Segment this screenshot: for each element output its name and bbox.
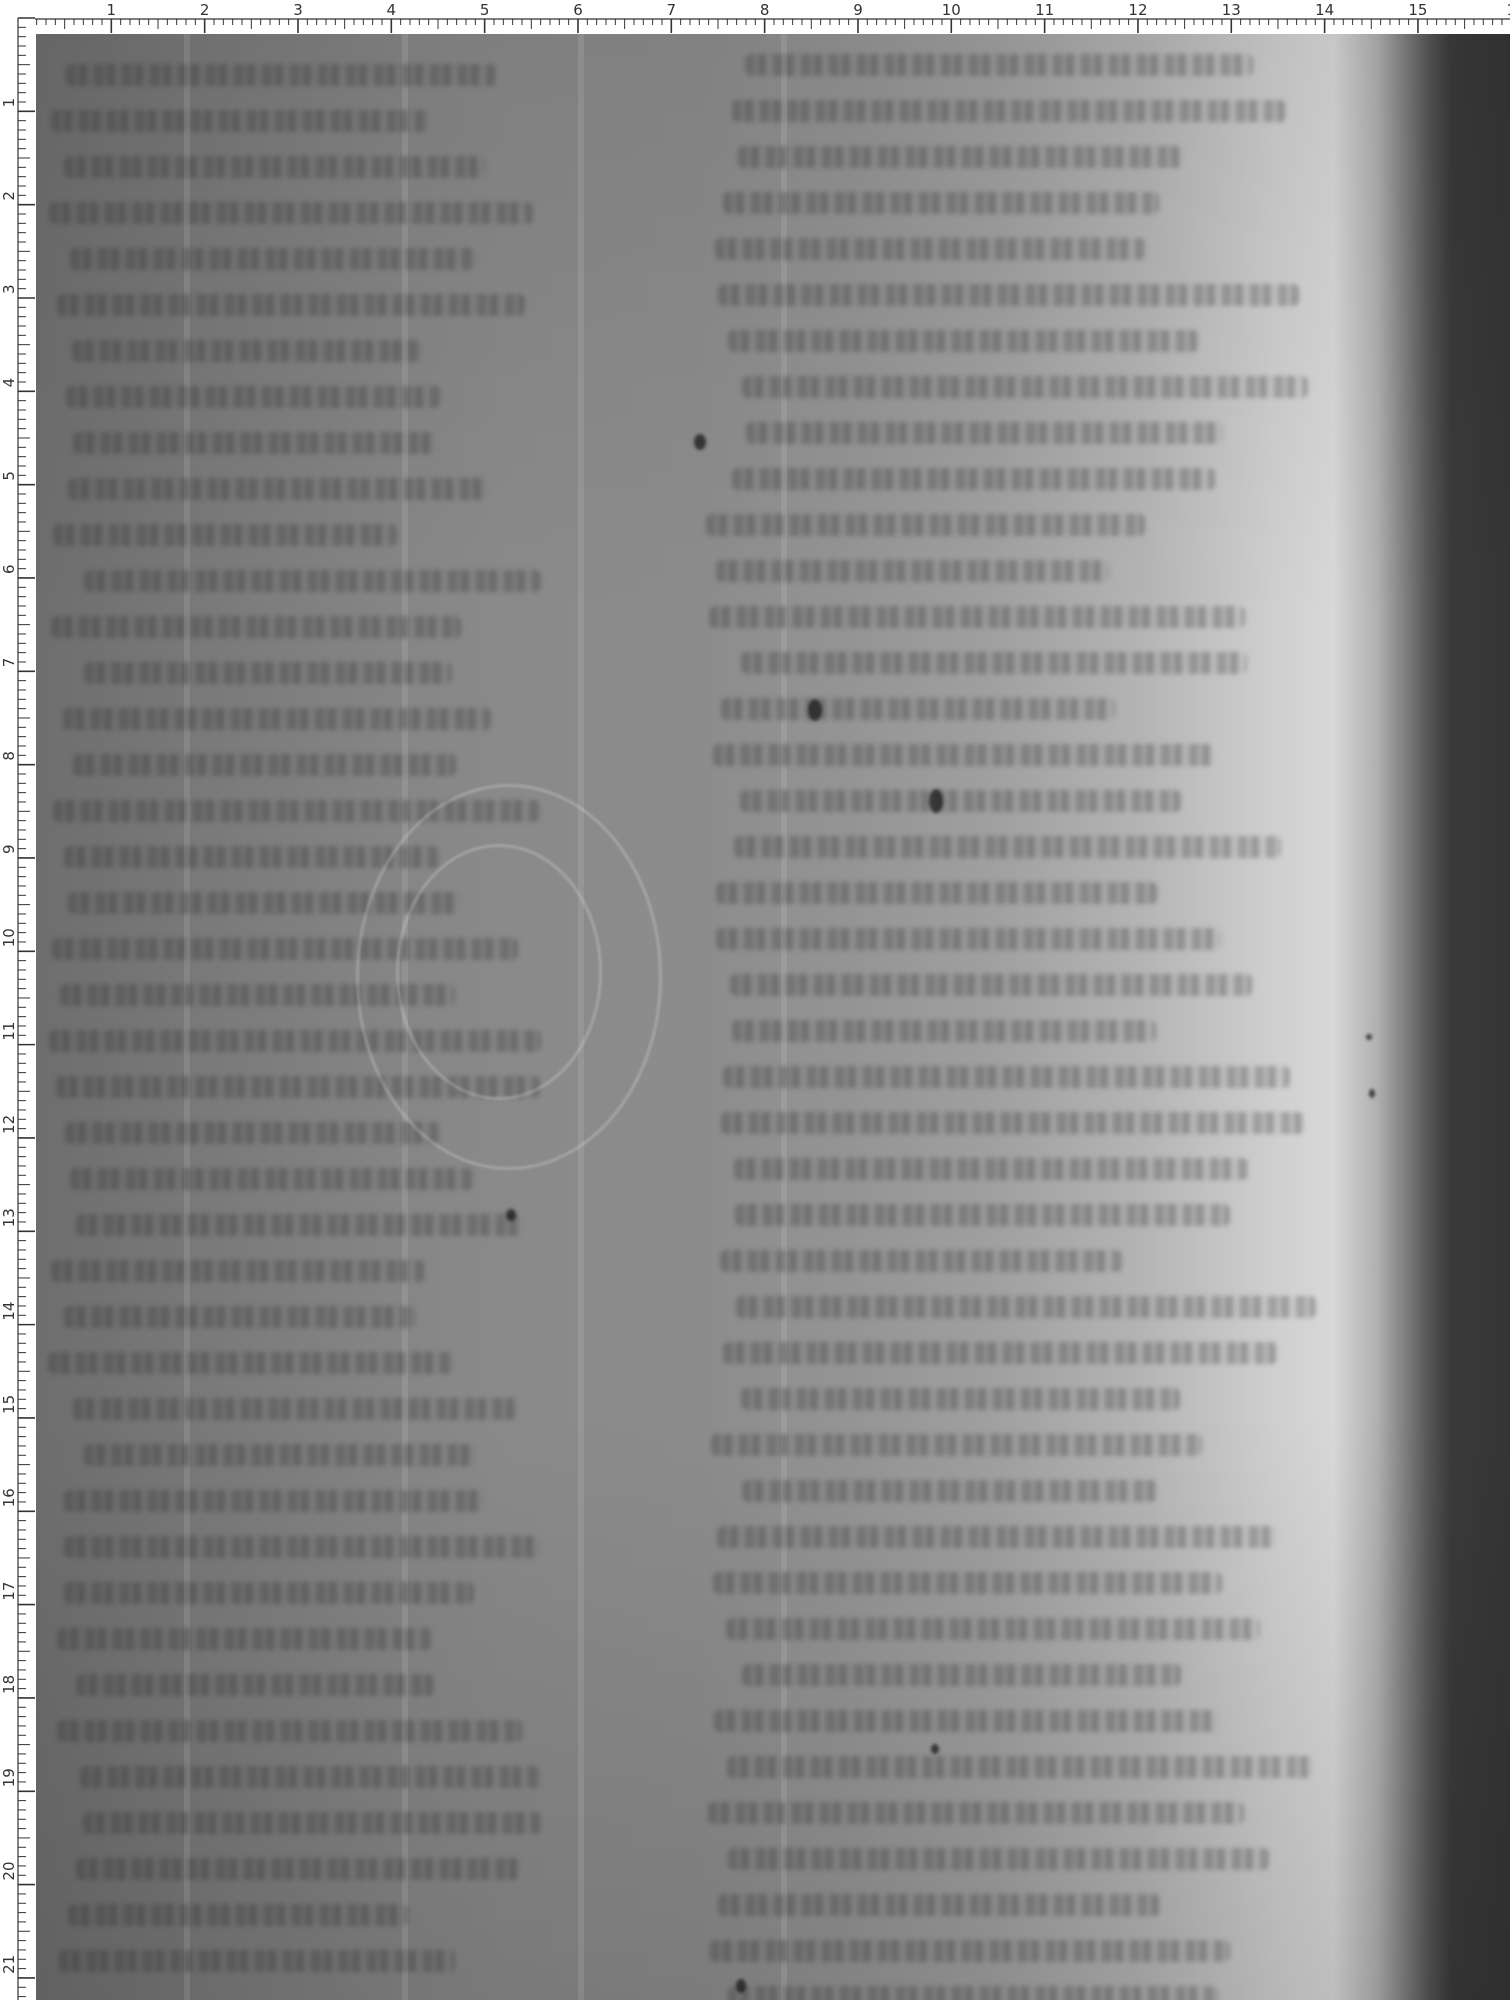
illegible-text-line xyxy=(73,432,436,454)
illegible-text-line xyxy=(746,422,1223,444)
ruler-label: 2 xyxy=(0,191,18,201)
illegible-text-line xyxy=(708,1802,1243,1824)
illegible-text-line xyxy=(714,1710,1219,1732)
ruler-label: 10 xyxy=(0,928,18,947)
illegible-text-line xyxy=(711,1434,1202,1456)
illegible-text-line xyxy=(742,1664,1182,1686)
illegible-text-line xyxy=(715,238,1145,260)
ruler-label: 4 xyxy=(387,1,397,19)
ruler-label: 3 xyxy=(293,1,303,19)
ruler-label: 9 xyxy=(853,1,863,19)
illegible-text-line xyxy=(716,560,1109,582)
ruler-label: 8 xyxy=(760,1,770,19)
illegible-text-line xyxy=(51,1260,425,1282)
ruler-label: 3 xyxy=(0,284,18,294)
illegible-text-line xyxy=(728,1986,1218,2000)
ruler-label: 11 xyxy=(0,1022,18,1041)
ruler-label: 2 xyxy=(200,1,210,19)
illegible-text-line xyxy=(83,1812,541,1834)
ruler-label: 16 xyxy=(0,1488,18,1507)
illegible-text-line xyxy=(64,156,485,178)
ruler-label: 4 xyxy=(0,378,18,388)
illegible-text-line xyxy=(66,64,496,86)
illegible-text-line xyxy=(745,54,1253,76)
ruler-label: 5 xyxy=(0,471,18,481)
illegible-text-line xyxy=(718,284,1299,306)
illegible-text-line xyxy=(742,376,1308,398)
illegible-text-line xyxy=(713,744,1213,766)
illegible-text-line xyxy=(741,652,1248,674)
ruler-label: 13 xyxy=(1222,1,1241,19)
illegible-text-line xyxy=(736,1296,1315,1318)
ruler-label: 12 xyxy=(1128,1,1147,19)
ink-spot xyxy=(1366,1034,1372,1040)
illegible-text-line xyxy=(57,1720,522,1742)
vertical-ruler: 123456789101112131415161718192021 xyxy=(0,0,35,2000)
illegible-text-line xyxy=(49,202,533,224)
illegible-text-line xyxy=(73,1398,518,1420)
illegible-text-line xyxy=(723,192,1159,214)
ruler-label: 1 xyxy=(107,1,117,19)
illegible-text-line xyxy=(76,1214,522,1236)
illegible-text-line xyxy=(66,386,441,408)
illegible-text-line xyxy=(51,110,428,132)
illegible-text-line xyxy=(64,1536,541,1558)
illegible-text-line xyxy=(734,836,1280,858)
ink-spot xyxy=(694,434,706,450)
illegible-text-line xyxy=(716,882,1157,904)
illegible-text-line xyxy=(65,1122,441,1144)
illegible-text-line xyxy=(76,1674,434,1696)
illegible-text-line xyxy=(710,1940,1230,1962)
illegible-text-line xyxy=(73,754,456,776)
illegible-text-line xyxy=(727,1756,1314,1778)
illegible-text-line xyxy=(72,340,421,362)
illegible-text-line xyxy=(70,1168,473,1190)
illegible-text-line xyxy=(80,1766,541,1788)
ruler-label: 15 xyxy=(0,1395,18,1414)
illegible-text-line xyxy=(728,330,1199,352)
ruler-label: 18 xyxy=(0,1675,18,1694)
illegible-text-line xyxy=(84,662,452,684)
illegible-text-line xyxy=(48,1352,453,1374)
ruler-label: 12 xyxy=(0,1115,18,1134)
illegible-text-line xyxy=(720,1250,1123,1272)
illegible-text-line xyxy=(53,524,397,546)
illegible-text-line xyxy=(735,1204,1231,1226)
illegible-text-line xyxy=(64,1490,483,1512)
right-text-column xyxy=(696,34,1336,2000)
ruler-label: 14 xyxy=(1315,1,1334,19)
ruler-label: 9 xyxy=(0,844,18,854)
ink-spot xyxy=(736,1979,746,1993)
ruler-label: 21 xyxy=(0,1955,18,1974)
ruler-label: 20 xyxy=(0,1862,18,1881)
ruler-label: 13 xyxy=(0,1208,18,1227)
illegible-text-line xyxy=(742,1480,1156,1502)
ruler-label: 8 xyxy=(0,751,18,761)
manuscript-scan xyxy=(36,34,1510,2000)
ink-spot xyxy=(506,1209,516,1221)
illegible-text-line xyxy=(741,1388,1180,1410)
ruler-label: 15 xyxy=(1408,1,1427,19)
illegible-text-line xyxy=(723,1066,1290,1088)
illegible-text-line xyxy=(721,698,1116,720)
illegible-text-line xyxy=(64,1582,474,1604)
ruler-label: 6 xyxy=(0,564,18,574)
illegible-text-line xyxy=(740,790,1181,812)
ruler-label: 19 xyxy=(0,1768,18,1787)
illegible-text-line xyxy=(57,294,524,316)
vertical-ruler-ticks: 123456789101112131415161718192021 xyxy=(0,0,35,2000)
stain-ring xyxy=(396,844,602,1100)
illegible-text-line xyxy=(717,1526,1277,1548)
ruler-label: 6 xyxy=(573,1,583,19)
horizontal-ruler: 01234567891011121314151 xyxy=(0,0,1510,34)
illegible-text-line xyxy=(84,1444,475,1466)
ruler-label: 17 xyxy=(0,1582,18,1601)
illegible-text-line xyxy=(84,570,541,592)
ruler-label: 10 xyxy=(942,1,961,19)
illegible-text-line xyxy=(718,1894,1159,1916)
illegible-text-line xyxy=(70,248,475,270)
illegible-text-line xyxy=(738,146,1182,168)
illegible-text-line xyxy=(732,1020,1156,1042)
ink-spot xyxy=(1369,1089,1375,1098)
ruler-label: 5 xyxy=(480,1,490,19)
illegible-text-line xyxy=(68,478,486,500)
ink-spot xyxy=(931,1744,939,1754)
illegible-text-line xyxy=(726,1618,1260,1640)
illegible-text-line xyxy=(713,1572,1223,1594)
ruler-label: 14 xyxy=(0,1302,18,1321)
ruler-label: 7 xyxy=(0,658,18,668)
ruler-label: 1 xyxy=(0,98,18,108)
illegible-text-line xyxy=(728,1848,1270,1870)
illegible-text-line xyxy=(51,616,462,638)
illegible-text-line xyxy=(716,928,1221,950)
illegible-text-line xyxy=(76,1858,520,1880)
illegible-text-line xyxy=(730,974,1252,996)
illegible-text-line xyxy=(721,1112,1304,1134)
illegible-text-line xyxy=(709,606,1245,628)
ink-spot xyxy=(929,789,943,813)
illegible-text-line xyxy=(732,100,1286,122)
ruler-label: 11 xyxy=(1035,1,1054,19)
illegible-text-line xyxy=(59,1950,455,1972)
horizontal-ruler-ticks: 01234567891011121314151 xyxy=(0,0,1510,34)
illegible-text-line xyxy=(706,514,1145,536)
illegible-text-line xyxy=(723,1342,1277,1364)
ruler-label: 7 xyxy=(667,1,677,19)
ruler-label: 1 xyxy=(1507,1,1510,19)
illegible-text-line xyxy=(64,1306,415,1328)
illegible-text-line xyxy=(68,1904,408,1926)
illegible-text-line xyxy=(64,846,439,868)
ink-spot xyxy=(808,699,822,721)
illegible-text-line xyxy=(734,1158,1247,1180)
illegible-text-line xyxy=(732,468,1215,490)
illegible-text-line xyxy=(57,1628,433,1650)
illegible-text-line xyxy=(63,708,491,730)
